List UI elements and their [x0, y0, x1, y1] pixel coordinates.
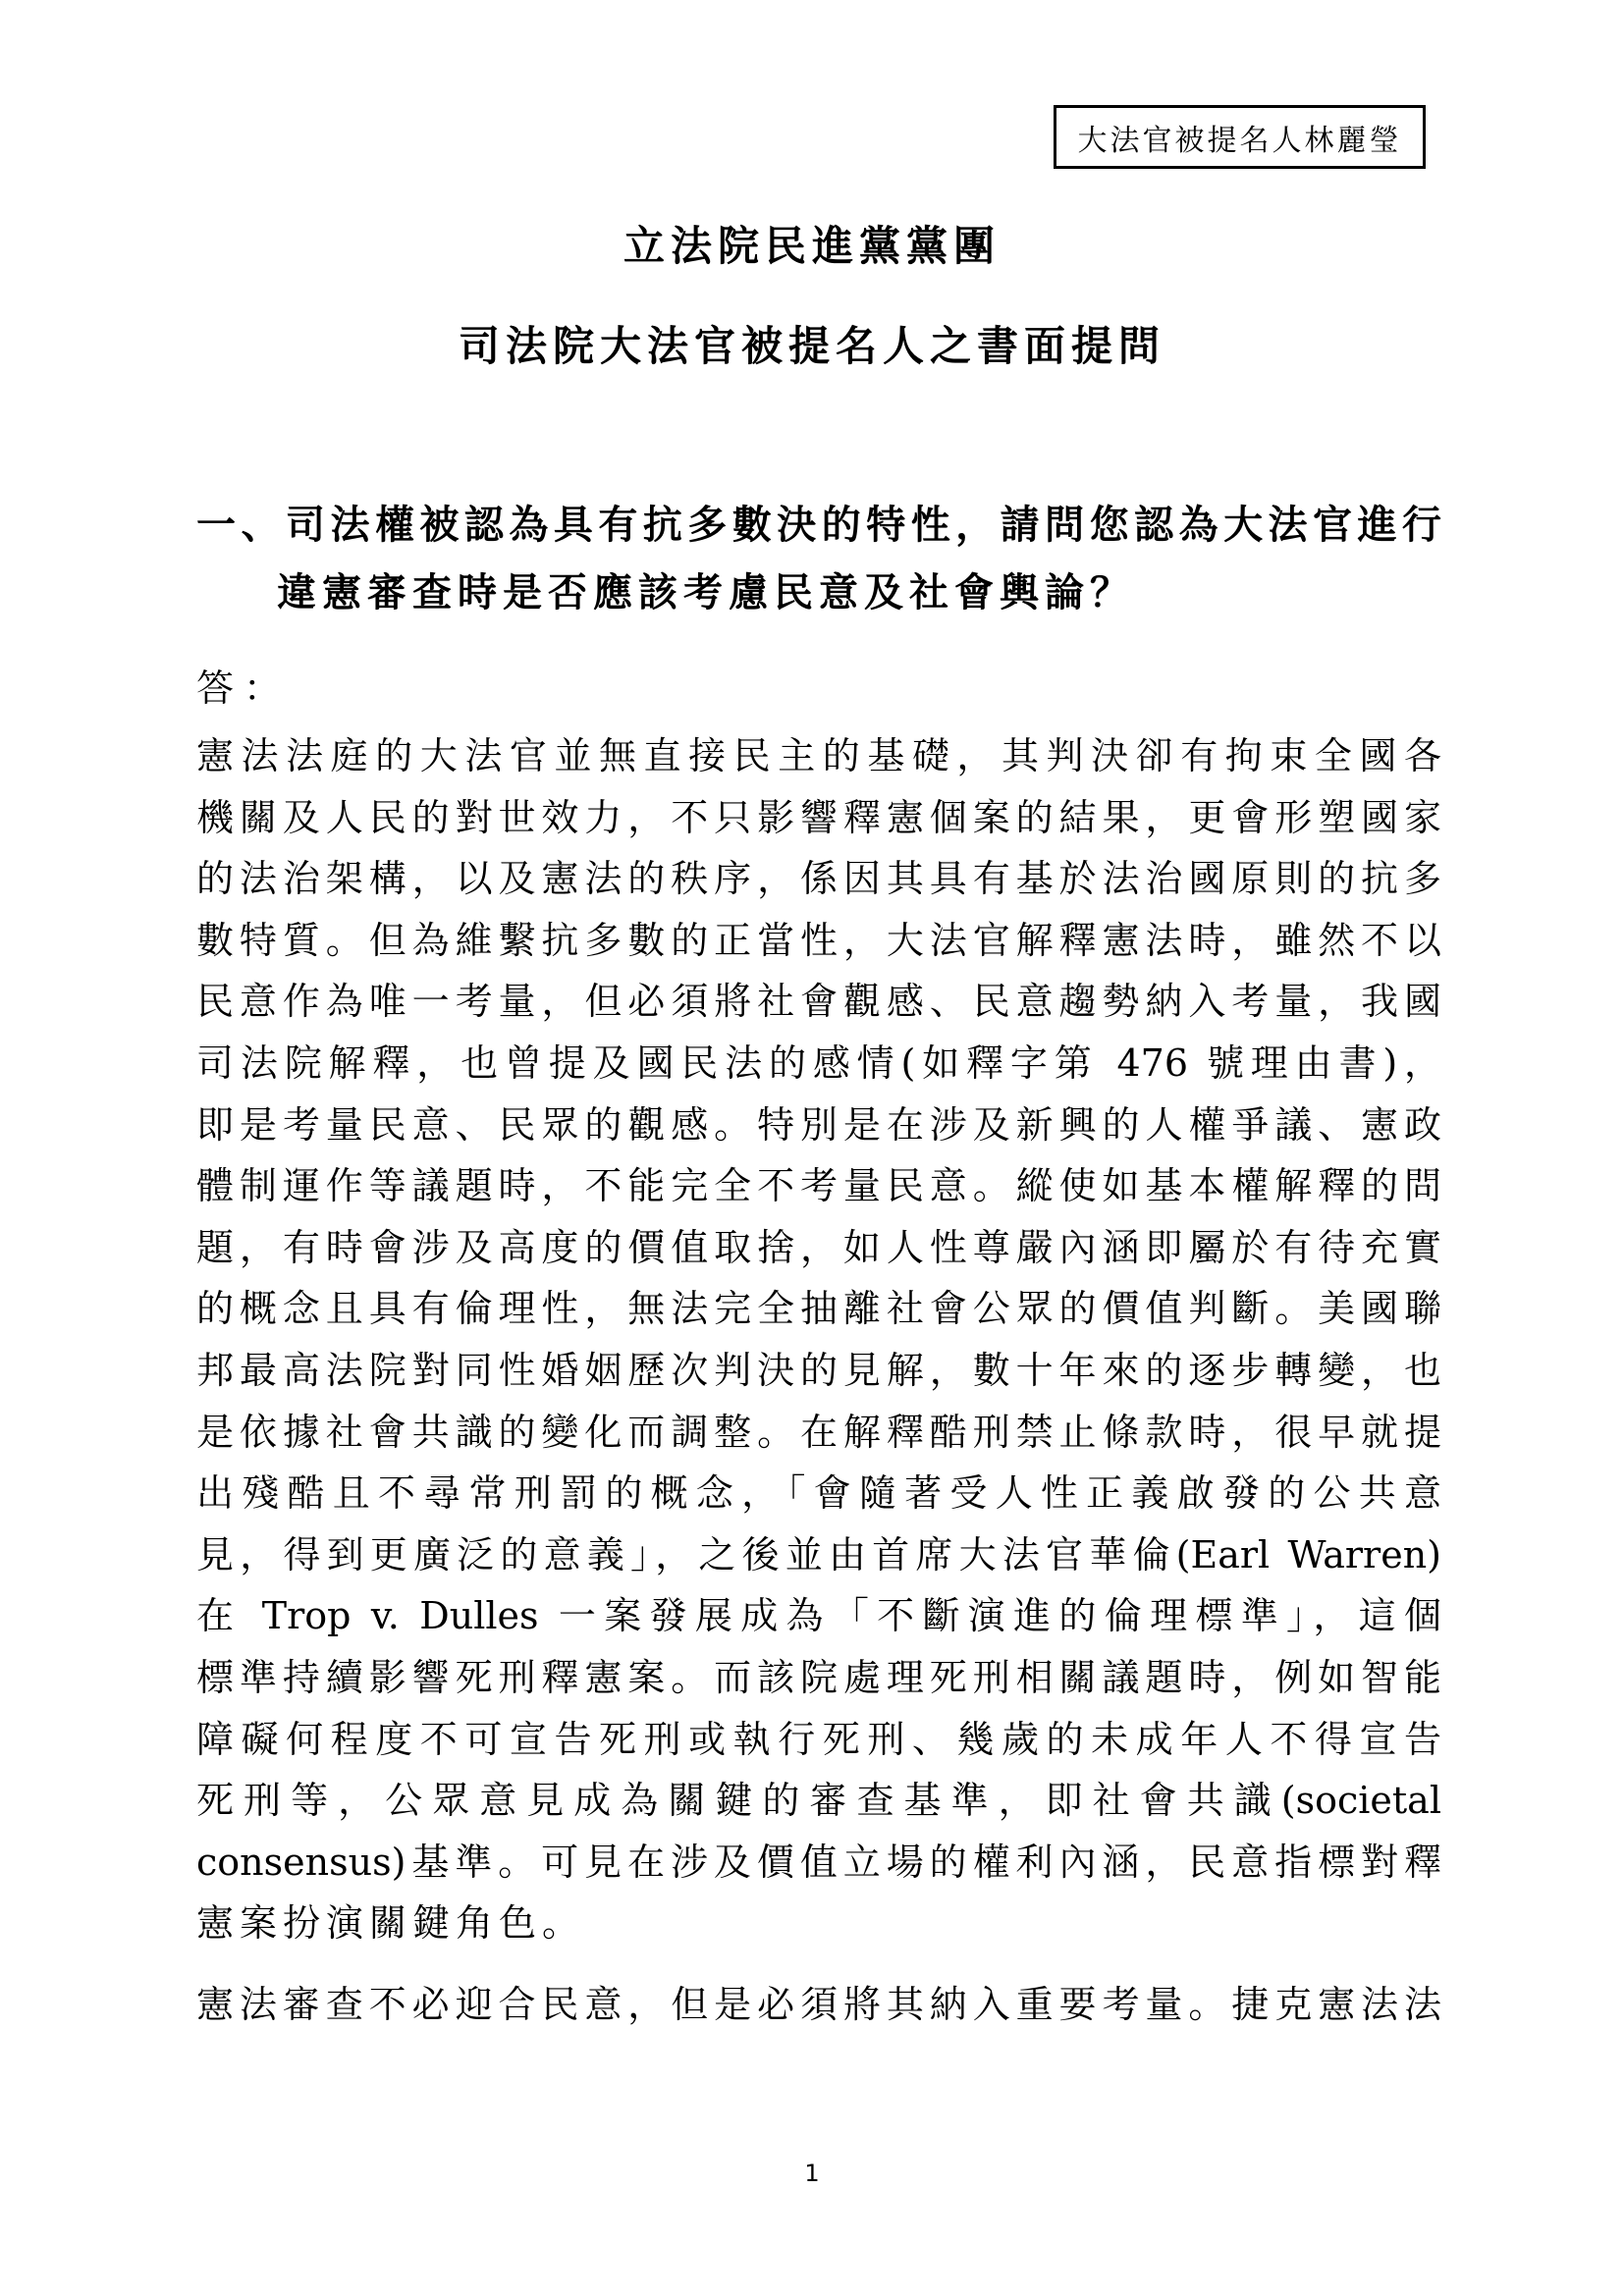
body-line: 的概念且具有倫理性，無法完全抽離社會公眾的價值判斷。美國聯 [196, 1290, 1441, 1327]
body-line: consensus)基準。可見在涉及價值立場的權利內涵，民意指標對釋 [196, 1843, 1441, 1881]
document-page: 大法官被提名人林麗瑩 立法院民進黨黨團 司法院大法官被提名人之書面提問 一、司法… [0, 0, 1624, 2296]
body-line: 憲案扮演關鍵角色。 [196, 1904, 1441, 1942]
body-line: 即是考量民意、民眾的觀感。特別是在涉及新興的人權爭議、憲政 [196, 1106, 1441, 1144]
body-line: 出殘酷且不尋常刑罰的概念，「會隨著受人性正義啟發的公共意 [196, 1474, 1441, 1512]
body-line: 在 Trop v. Dulles 一案發展成為「不斷演進的倫理標準」，這個 [196, 1597, 1441, 1634]
body-line: 民意作為唯一考量，但必須將社會觀感、民意趨勢納入考量，我國 [196, 983, 1441, 1020]
nominee-label: 大法官被提名人林麗瑩 [1078, 116, 1402, 159]
body-line: 邦最高法院對同性婚姻歷次判決的見解，數十年來的逐步轉變，也 [196, 1352, 1441, 1389]
nominee-label-box: 大法官被提名人林麗瑩 [1054, 105, 1426, 169]
question-line: 一、司法權被認為具有抗多數決的特性，請問您認為大法官進行 [196, 494, 1441, 550]
body-line: 死刑等，公眾意見成為關鍵的審查基準，即社會共識(societal [196, 1782, 1441, 1819]
body-line: 的法治架構，以及憲法的秩序，係因其具有基於法治國原則的抗多 [196, 860, 1441, 897]
document-title-caucus: 立法院民進黨黨團 [0, 214, 1624, 273]
answer-label: 答： [196, 658, 291, 712]
body-line: 是依據社會共識的變化而調整。在解釋酷刑禁止條款時，很早就提 [196, 1414, 1441, 1451]
body-line: 見，得到更廣泛的意義」，之後並由首席大法官華倫(Earl Warren) [196, 1536, 1441, 1574]
page-number: 1 [0, 2160, 1624, 2187]
body-line: 題，有時會涉及高度的價值取捨，如人性尊嚴內涵即屬於有待充實 [196, 1229, 1441, 1266]
document-title-subject: 司法院大法官被提名人之書面提問 [0, 314, 1624, 373]
body-line: 憲法法庭的大法官並無直接民主的基礎，其判決卻有拘束全國各 [196, 737, 1441, 774]
body-line: 標準持續影響死刑釋憲案。而該院處理死刑相關議題時，例如智能 [196, 1659, 1441, 1696]
body-line: 數特質。但為維繫抗多數的正當性，大法官解釋憲法時，雖然不以 [196, 922, 1441, 959]
body-line: 機關及人民的對世效力，不只影響釋憲個案的結果，更會形塑國家 [196, 799, 1441, 836]
body-line: 司法院解釋，也曾提及國民法的感情(如釋字第 476 號理由書)， [196, 1044, 1441, 1082]
body-line: 憲法審查不必迎合民意，但是必須將其納入重要考量。捷克憲法法 [196, 1986, 1441, 2023]
question-line: 違憲審查時是否應該考慮民意及社會輿論？ [277, 561, 1102, 617]
body-line: 障礙何程度不可宣告死刑或執行死刑、幾歲的未成年人不得宣告 [196, 1721, 1441, 1758]
body-line: 體制運作等議題時，不能完全不考量民意。縱使如基本權解釋的問 [196, 1167, 1441, 1204]
